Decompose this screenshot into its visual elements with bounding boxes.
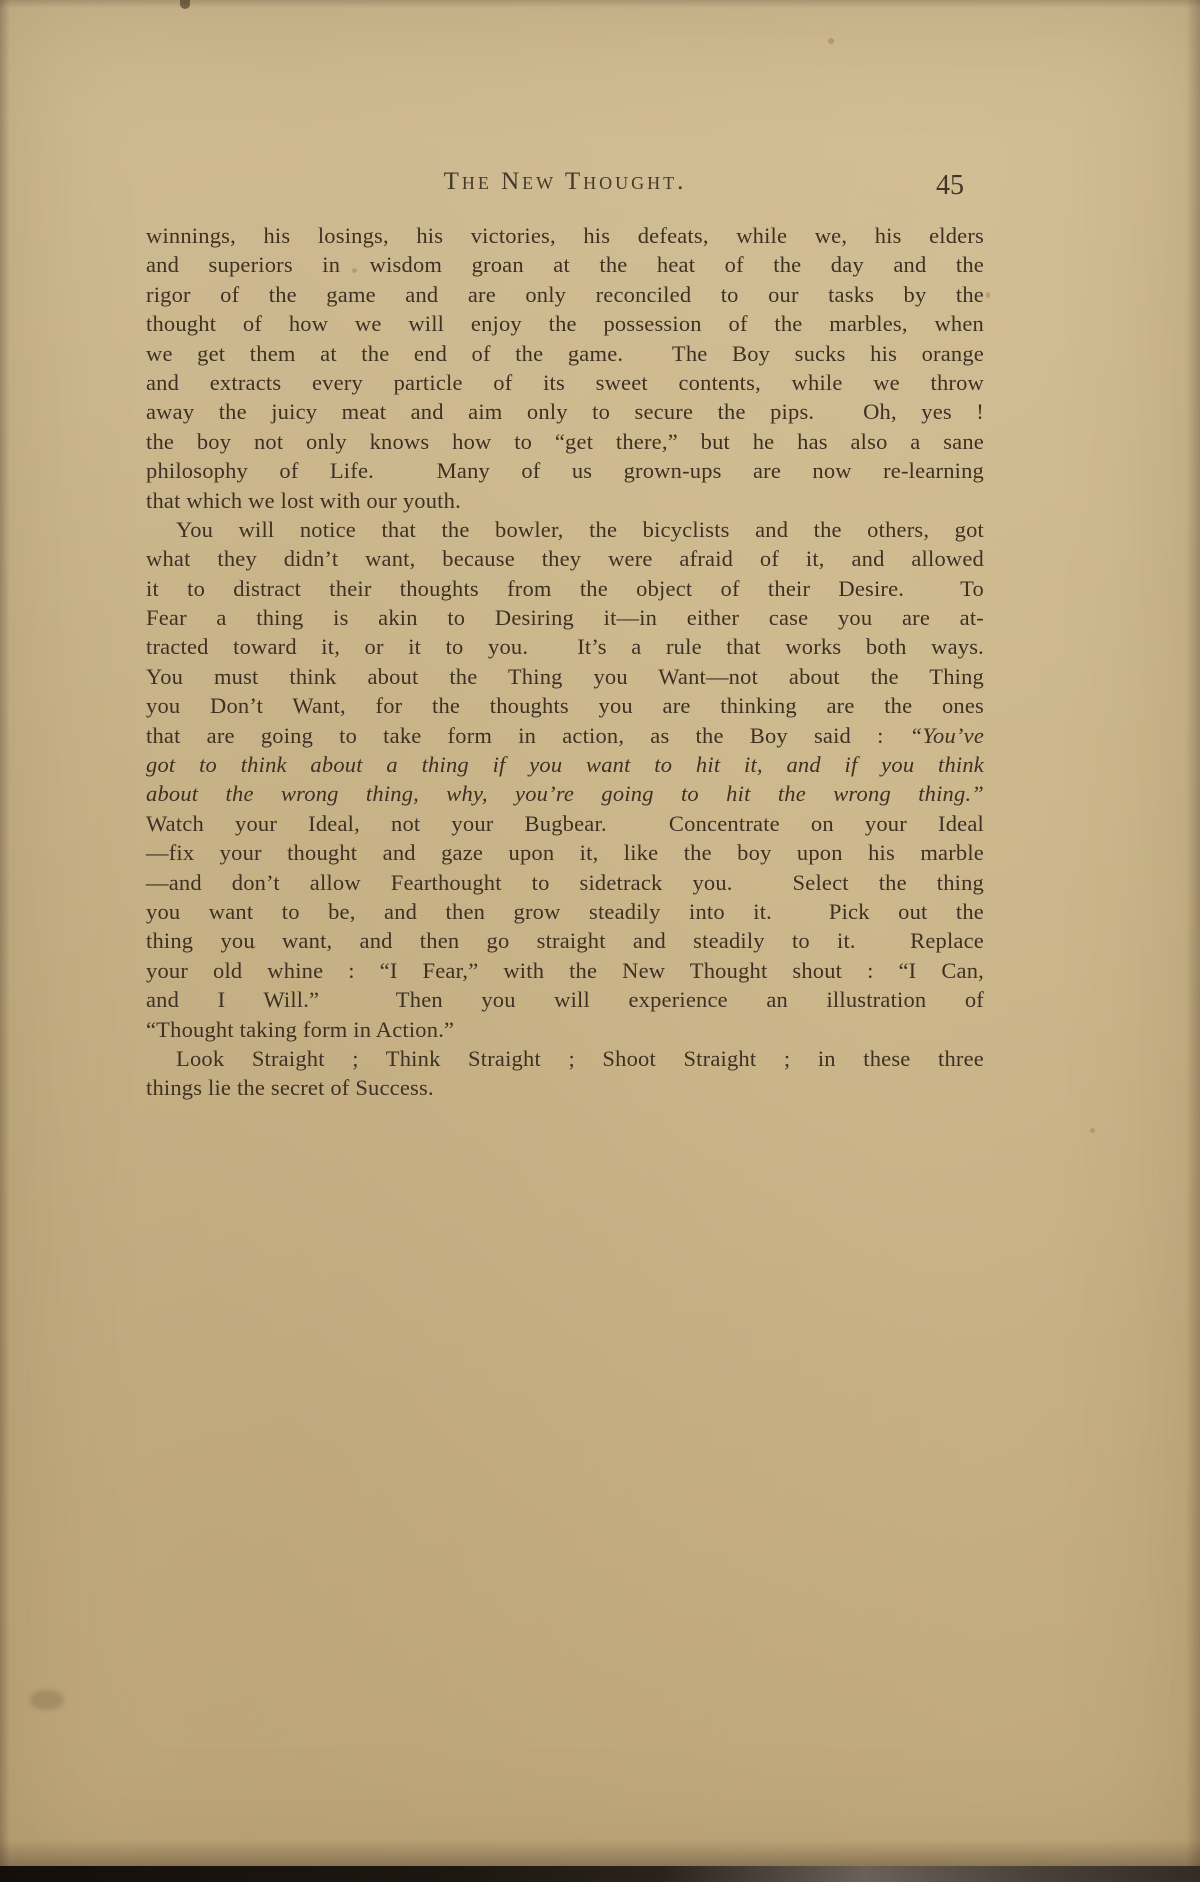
scan-edge-top (0, 0, 1200, 8)
text-line: away the juicy meat and aim only to secu… (146, 397, 984, 426)
text-line: things lie the secret of Success. (146, 1073, 984, 1102)
text-line: thought of how we will enjoy the possess… (146, 309, 984, 338)
text-line: you want to be, and then grow steadily i… (146, 897, 984, 926)
text-segment: what they didn’t want, because they were… (146, 546, 984, 571)
text-line: Look Straight ; Think Straight ; Shoot S… (146, 1044, 984, 1073)
text-line: what they didn’t want, because they were… (146, 544, 984, 573)
text-line: the boy not only knows how to “get there… (146, 427, 984, 456)
scan-edge-left (0, 0, 10, 1882)
text-segment: Watch your Ideal, not your Bugbear. Conc… (146, 811, 984, 836)
book-page: The New Thought. 45 winnings, his losing… (0, 0, 1200, 1882)
text-line: You must think about the Thing you Want—… (146, 662, 984, 691)
italic-text-segment: “You’ve (910, 723, 984, 748)
text-line: about the wrong thing, why, you’re going… (146, 779, 984, 808)
running-title: The New Thought. (146, 168, 984, 196)
text-segment: thing you want, and then go straight and… (146, 928, 984, 953)
text-segment: it to distract their thoughts from the o… (146, 576, 984, 601)
body-text: winnings, his losings, his victories, hi… (146, 221, 984, 1103)
text-segment: thought of how we will enjoy the possess… (146, 311, 984, 336)
italic-text-segment: got to think about a thing if you want t… (146, 752, 984, 777)
text-line: Fear a thing is akin to Desiring it—in e… (146, 603, 984, 632)
text-line: it to distract their thoughts from the o… (146, 574, 984, 603)
text-line: —and don’t allow Fearthought to sidetrac… (146, 868, 984, 897)
text-segment: philosophy of Life. Many of us grown-ups… (146, 458, 984, 483)
text-segment: that which we lost with our youth. (146, 488, 461, 513)
text-line: rigor of the game and are only reconcile… (146, 280, 984, 309)
text-line: You will notice that the bowler, the bic… (146, 515, 984, 544)
scan-edge-bottom (0, 1866, 1200, 1882)
text-line: we get them at the end of the game. The … (146, 339, 984, 368)
paper-speck (986, 292, 990, 298)
page-number: 45 (936, 170, 996, 202)
text-line: that which we lost with our youth. (146, 486, 984, 515)
text-segment: Look Straight ; Think Straight ; Shoot S… (176, 1046, 984, 1071)
text-segment: away the juicy meat and aim only to secu… (146, 399, 984, 424)
scan-edge-right (1186, 0, 1200, 1882)
paper-speck (1090, 1128, 1095, 1133)
text-line: tracted toward it, or it to you. It’s a … (146, 632, 984, 661)
italic-text-segment: about the wrong thing, why, you’re going… (146, 781, 984, 806)
text-line: that are going to take form in action, a… (146, 721, 984, 750)
text-segment: and extracts every particle of its sweet… (146, 370, 984, 395)
text-segment: Fear a thing is akin to Desiring it—in e… (146, 605, 984, 630)
text-line: and extracts every particle of its sweet… (146, 368, 984, 397)
text-segment: you want to be, and then grow steadily i… (146, 899, 984, 924)
text-segment: You must think about the Thing you Want—… (146, 664, 984, 689)
text-segment: you Don’t Want, for the thoughts you are… (146, 693, 984, 718)
text-line: your old whine : “I Fear,” with the New … (146, 956, 984, 985)
text-line: got to think about a thing if you want t… (146, 750, 984, 779)
text-segment: things lie the secret of Success. (146, 1075, 434, 1100)
text-line: winnings, his losings, his victories, hi… (146, 221, 984, 250)
text-segment: and superiors in wisdom groan at the hea… (146, 252, 984, 277)
text-segment: —fix your thought and gaze upon it, like… (146, 840, 984, 865)
text-segment: “Thought taking form in Action.” (146, 1017, 454, 1042)
text-segment: your old whine : “I Fear,” with the New … (146, 958, 984, 983)
text-segment: tracted toward it, or it to you. It’s a … (146, 634, 984, 659)
text-line: —fix your thought and gaze upon it, like… (146, 838, 984, 867)
text-line: and superiors in wisdom groan at the hea… (146, 250, 984, 279)
text-segment: You will notice that the bowler, the bic… (176, 517, 984, 542)
paper-speck (828, 38, 834, 44)
text-line: and I Will.” Then you will experience an… (146, 985, 984, 1014)
text-line: you Don’t Want, for the thoughts you are… (146, 691, 984, 720)
text-line: “Thought taking form in Action.” (146, 1015, 984, 1044)
text-segment: we get them at the end of the game. The … (146, 341, 984, 366)
text-line: thing you want, and then go straight and… (146, 926, 984, 955)
text-line: Watch your Ideal, not your Bugbear. Conc… (146, 809, 984, 838)
text-segment: the boy not only knows how to “get there… (146, 429, 984, 454)
paper-speck (30, 1690, 64, 1710)
text-line: philosophy of Life. Many of us grown-ups… (146, 456, 984, 485)
text-segment: winnings, his losings, his victories, hi… (146, 223, 984, 248)
text-segment: that are going to take form in action, a… (146, 723, 910, 748)
text-segment: and I Will.” Then you will experience an… (146, 987, 984, 1012)
text-segment: rigor of the game and are only reconcile… (146, 282, 984, 307)
text-segment: —and don’t allow Fearthought to sidetrac… (146, 870, 984, 895)
scan-edge-bottom-shadow (0, 1840, 1200, 1866)
